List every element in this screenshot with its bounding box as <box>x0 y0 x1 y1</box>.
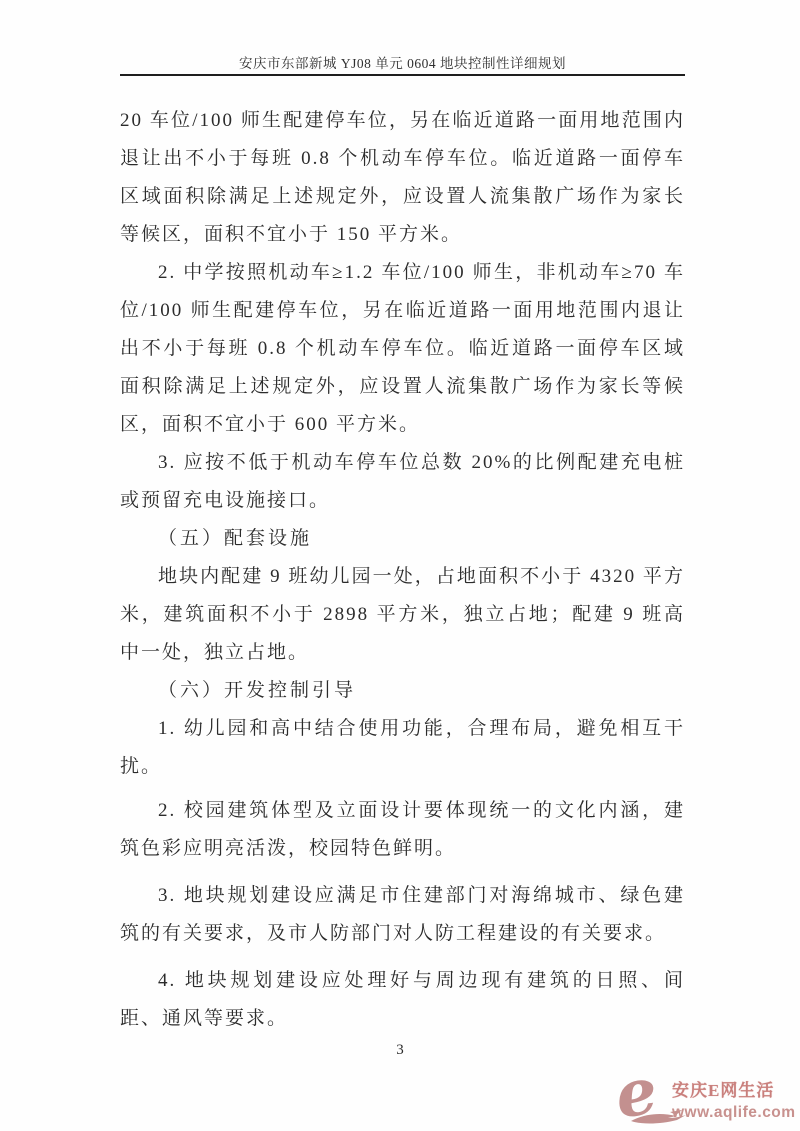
paragraph-parking-continued: 20 车位/100 师生配建停车位，另在临近道路一面用地范围内退让出不小于每班 … <box>120 102 685 254</box>
watermark-site-url: www.aqlife.com <box>672 1104 800 1122</box>
paragraph-charging-piles: 3. 应按不低于机动车停车位总数 20%的比例配建充电桩或预留充电设施接口。 <box>120 444 685 520</box>
paragraph-guidance-2: 2. 校园建筑体型及立面设计要体现统一的文化内涵，建筑色彩应明亮活泼，校园特色鲜… <box>120 792 685 868</box>
page-header: 安庆市东部新城 YJ08 单元 0604 地块控制性详细规划 <box>120 0 685 76</box>
section-heading-development-control: （六）开发控制引导 <box>120 672 685 710</box>
header-title: 安庆市东部新城 YJ08 单元 0604 地块控制性详细规划 <box>120 0 685 72</box>
header-rule <box>120 74 685 76</box>
paragraph-guidance-4: 4. 地块规划建设应处理好与周边现有建筑的日照、间距、通风等要求。 <box>120 962 685 1038</box>
paragraph-middle-school-parking: 2. 中学按照机动车≥1.2 车位/100 师生，非机动车≥70 车位/100 … <box>120 254 685 444</box>
document-page: 安庆市东部新城 YJ08 单元 0604 地块控制性详细规划 20 车位/100… <box>0 0 800 1131</box>
watermark-site-name: 安庆E网生活 <box>672 1076 800 1101</box>
page-number: 3 <box>0 1042 800 1059</box>
paragraph-guidance-1: 1. 幼儿园和高中结合使用功能，合理布局，避免相互干扰。 <box>120 710 685 786</box>
document-body: 20 车位/100 师生配建停车位，另在临近道路一面用地范围内退让出不小于每班 … <box>120 102 685 1038</box>
aqlife-watermark: e 安庆E网生活 www.aqlife.com <box>616 1066 800 1131</box>
watermark-text-block: 安庆E网生活 www.aqlife.com <box>672 1076 800 1122</box>
paragraph-guidance-3: 3. 地块规划建设应满足市住建部门对海绵城市、绿色建筑的有关要求，及市人防部门对… <box>120 877 685 953</box>
section-heading-supporting-facilities: （五）配套设施 <box>120 520 685 558</box>
paragraph-kindergarten: 地块内配建 9 班幼儿园一处，占地面积不小于 4320 平方米，建筑面积不小于 … <box>120 558 685 672</box>
